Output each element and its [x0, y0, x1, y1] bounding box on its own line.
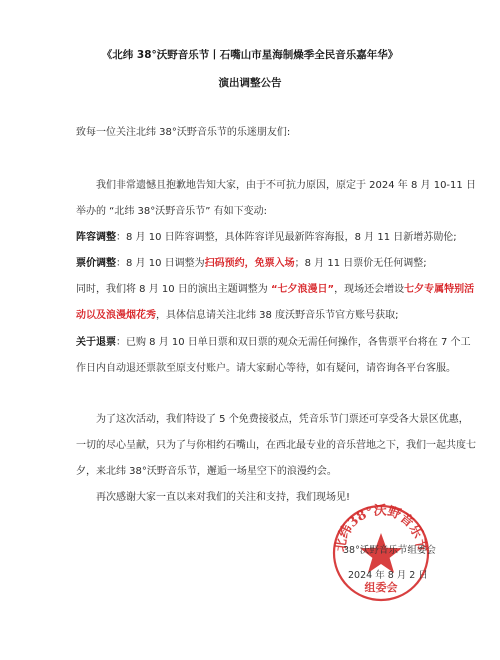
paragraph2-line1: 为了这次活动，我们特设了 5 个免费接驳点，凭音乐节门票还可享受各大景区优惠，	[76, 413, 446, 427]
greeting: 致每一位关注北纬 38°沃野音乐节的乐迷朋友们:	[76, 126, 426, 140]
lineup-adjustment: 阵容调整：8 月 10 日阵容调整，具体阵容详见最新阵容海报，8 月 11 日新…	[76, 231, 426, 245]
announcement-page: 《北纬 38°沃野音乐节丨石嘴山市星海制燥季全民音乐嘉年华》 演出调整公告 致每…	[0, 0, 500, 660]
document-title: 《北纬 38°沃野音乐节丨石嘴山市星海制燥季全民音乐嘉年华》	[0, 47, 500, 62]
ticket-price-adjustment: 票价调整：8 月 10 日调整为扫码预约，免票入场；8 月 11 日票价无任何调…	[76, 257, 426, 271]
ticket-price-highlight: 扫码预约，免票入场	[205, 258, 295, 269]
paragraph1-line1: 我们非常遗憾且抱歉地告知大家，由于不可抗力原因，原定于 2024 年 8 月 1…	[76, 179, 446, 193]
paragraph1-line2: 举办的 “北纬 38°沃野音乐节” 有如下变动:	[76, 205, 426, 219]
ticket-price-text-after: ；8 月 11 日票价无任何调整;	[295, 258, 427, 269]
theme-line2: 动以及浪漫烟花秀，具体信息请关注北纬 38 度沃野音乐节官方账号获取;	[76, 309, 426, 323]
theme-line2-text: ，具体信息请关注北纬 38 度沃野音乐节官方账号获取;	[156, 310, 398, 321]
paragraph2-line2: 一切的尽心呈献，只为了与你相约石嘴山，在西北最专业的音乐营地之下，我们一起共度七	[76, 439, 426, 453]
ticket-price-text-before: ：8 月 10 日调整为	[116, 258, 205, 269]
refund-line1: 关于退票：已购 8 月 10 日单日票和双日票的观众无需任何操作，各售票平台将在…	[76, 336, 426, 350]
signature-organization: 38°沃野音乐节组委会	[343, 542, 436, 556]
theme-highlight2: 七夕专属特别活	[404, 284, 474, 295]
document-subtitle: 演出调整公告	[0, 75, 500, 90]
theme-text-middle: ，现场还会增设	[334, 284, 404, 295]
refund-line2: 作日内自动退还票款至原支付账户。请大家耐心等待，如有疑问，请咨询各平台客服。	[76, 362, 426, 376]
lineup-text: ：8 月 10 日阵容调整，具体阵容详见最新阵容海报，8 月 11 日新增苏勋伦…	[116, 232, 457, 243]
theme-text-before: 同时，我们将 8 月 10 日的演出主题调整为	[76, 284, 271, 295]
refund-label: 关于退票	[76, 337, 116, 348]
ticket-price-label: 票价调整	[76, 258, 116, 269]
theme-line2-highlight: 动以及浪漫烟花秀	[76, 310, 156, 321]
refund-text: ：已购 8 月 10 日单日票和双日票的观众无需任何操作，各售票平台将在 7 个…	[116, 337, 471, 348]
lineup-label: 阵容调整	[76, 232, 116, 243]
signature-date: 2024 年 8 月 2 日	[348, 567, 428, 581]
paragraph2-line3: 夕，来北纬 38°沃野音乐节，邂逅一场星空下的浪漫约会。	[76, 465, 426, 479]
theme-line1: 同时，我们将 8 月 10 日的演出主题调整为 “七夕浪漫日”，现场还会增设七夕…	[76, 283, 426, 297]
theme-highlight: “七夕浪漫日”	[271, 284, 334, 295]
seal-bottom-text: 组委会	[365, 580, 398, 594]
